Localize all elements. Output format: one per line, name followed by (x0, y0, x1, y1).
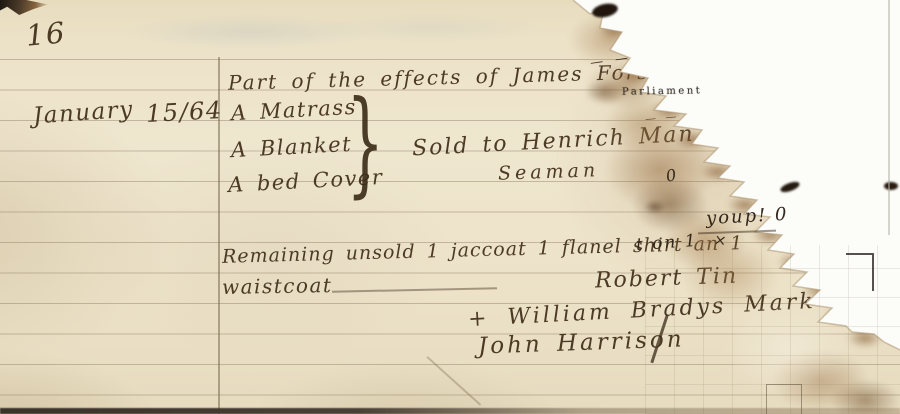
scrap-youp: youp! 0 (706, 206, 789, 228)
scrap-ton: t on 1 (635, 233, 698, 254)
printed-bleedthrough-text: Parliament (622, 85, 702, 97)
ink-smear (884, 182, 898, 190)
scrap-x-mark: × (713, 232, 728, 249)
scanned-ledger-page: 16 January 15/64 Part of the effects of … (0, 0, 900, 414)
printed-corner-bracket (846, 253, 874, 291)
ink-dashes-mid: — — (645, 111, 680, 125)
page-bottom-shadow (0, 408, 900, 414)
scan-edge-line (888, 0, 890, 235)
